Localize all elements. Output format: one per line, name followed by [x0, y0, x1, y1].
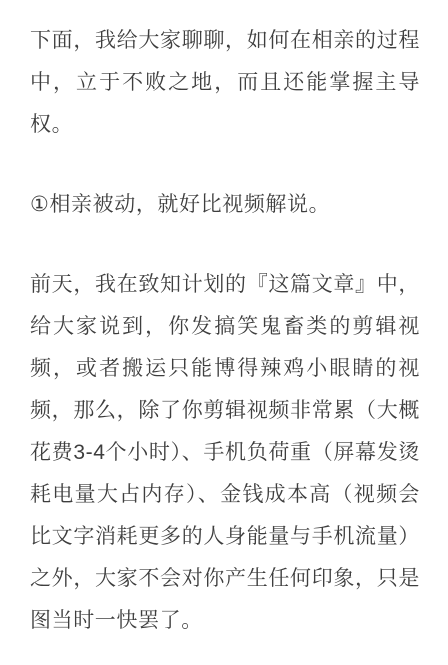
article-body: 下面，我给大家聊聊，如何在相亲的过程中，立于不败之地，而且还能掌握主导权。 ①相…	[0, 0, 448, 665]
article-paragraph-point-1-body: 前天，我在致知计划的『这篇文章』中，给大家说到，你发搞笑鬼畜类的剪辑视频，或者搬…	[30, 264, 420, 642]
article-paragraph-point-1-heading: ①相亲被动，就好比视频解说。	[30, 184, 420, 226]
article-paragraph-intro: 下面，我给大家聊聊，如何在相亲的过程中，立于不败之地，而且还能掌握主导权。	[30, 20, 420, 146]
